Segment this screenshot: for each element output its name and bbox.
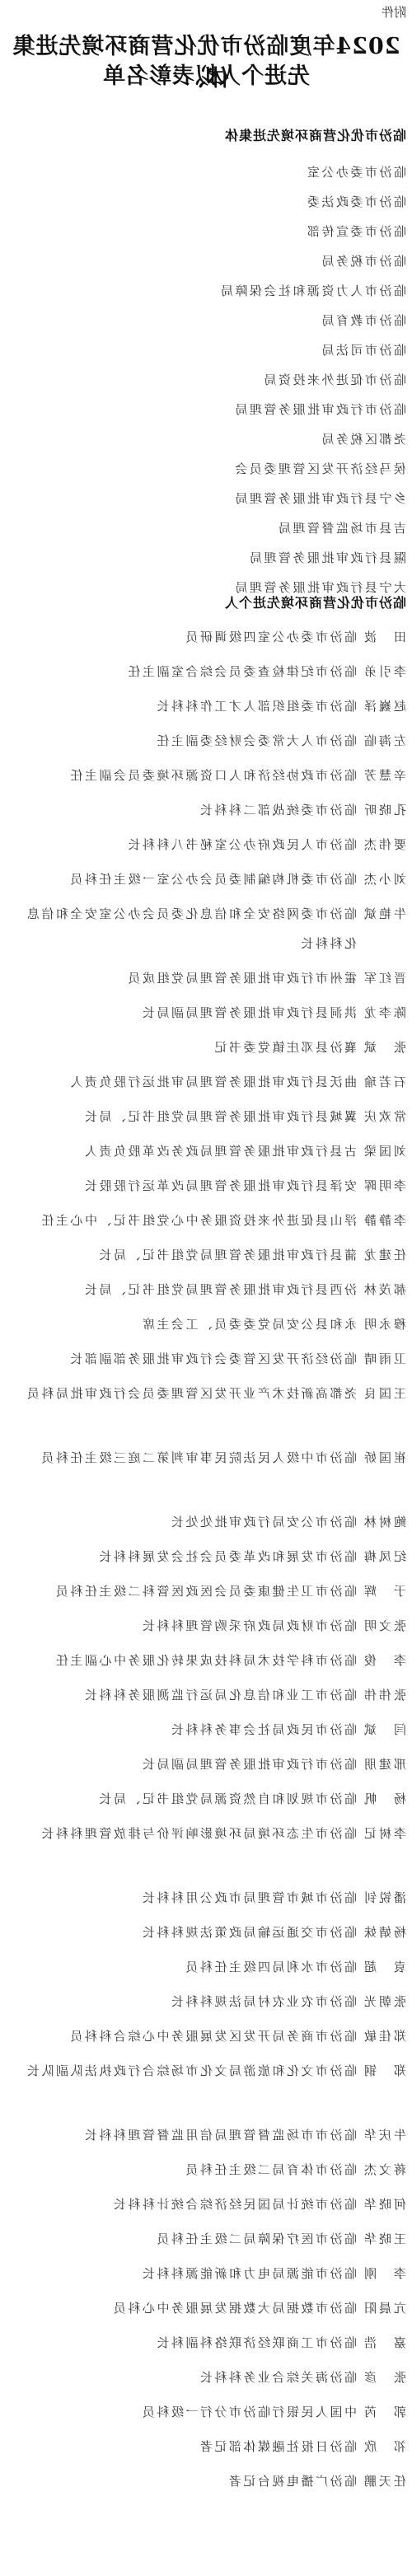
- individual-name: 张伟伟: [357, 1680, 406, 1710]
- individual-item: 崔国娇临汾市中级人民法院民事审判第二庭三级主任科员: [19, 1443, 406, 1473]
- individual-name: 牛艳斌: [357, 899, 406, 929]
- individual-name: 邢建朋: [357, 1749, 406, 1779]
- collective-item: 隰县行政审批服务管理局: [247, 543, 406, 573]
- individual-item: 邢建朋临汾市行政审批服务管理局副局长: [19, 1749, 406, 1779]
- individual-position: 临汾市文化和旅游局文化市场综合行政执法队副队长: [19, 2056, 357, 2086]
- individual-item: 李明晖安泽县行政审批服务管理局改革运行股股长: [19, 1171, 406, 1201]
- individual-position: 蒲县行政审批服务管理局党组书记、局长: [19, 1240, 357, 1270]
- individual-item: 刘国梁古县行政审批服务管理局政务改革股负责人: [19, 1136, 406, 1166]
- individual-name: 卫雨晴: [357, 1344, 406, 1374]
- individual-name: 郭 芮: [357, 2397, 406, 2427]
- individual-position: 临汾市民政局社会事务科科长: [19, 1715, 357, 1745]
- individual-item: 袁 超临汾市水利局四级主任科员: [19, 1952, 406, 1982]
- individual-name: 穆永明: [357, 1309, 406, 1339]
- document-title-line-2: 先进个人拟表彰名单: [0, 58, 412, 90]
- individual-position: 临汾市工商联经济联络科副科长: [19, 2328, 357, 2358]
- individual-position: 临汾市人民政府办公室秘书八科科长: [19, 830, 357, 859]
- individual-item: 张伟伟临汾市工业和信息化局运行监测服务科科长: [19, 1680, 406, 1710]
- document-page: 附件 2024年度临汾市优化营商环境先进集体、 先进个人拟表彰名单 临汾市优化营…: [0, 0, 412, 2576]
- individual-name: 蒋文杰: [357, 2155, 406, 2185]
- individual-name: 李树记: [357, 1819, 406, 1848]
- individual-position: 临汾市人大常委会财经委副主任: [19, 726, 357, 756]
- individual-name: 嘉 浩: [357, 2328, 406, 2358]
- individual-position: 临汾市规划和自然资源局党组书记、局长: [19, 1784, 357, 1814]
- individual-position: 洪洞县行政审批服务管理局副局长: [19, 998, 357, 1028]
- individual-item: 蒋文杰临汾市体育局二级主任科员: [19, 2155, 406, 2185]
- individual-position: 临汾市卫生健康委员会医政医管科二级主任科员: [19, 1576, 357, 1606]
- individual-name: 张 斌: [357, 1033, 406, 1062]
- individual-position: 汾西县行政审批服务管理局党组书记、局长: [19, 1275, 357, 1304]
- individual-position: 临汾市交通运输局政策法规科科长: [19, 1918, 357, 1947]
- individual-position: 翼城县行政审批服务管理局党组书记、局长: [19, 1102, 357, 1131]
- individual-item: 刘小杰临汾市委机构编制委员会办公室一级主任科员: [19, 864, 406, 894]
- individual-position: 临汾市委组织部人才工作科科长: [19, 691, 357, 721]
- individual-name: 鲍树林: [357, 1507, 406, 1537]
- individual-item: 牛艳斌临汾市委网络安全和信息化委员会办公室安全和信息化科科长: [19, 899, 406, 958]
- individual-item: 李静静浮山县促进外来投资服务中心党组书记、中心主任: [19, 1206, 406, 1235]
- individual-name: 王国良: [357, 1379, 406, 1408]
- individual-item: 杨婧妹临汾市交通运输局政策法规科科长: [19, 1918, 406, 1947]
- individual-item: 何晓华临汾市统计局国民经济综合统计科科长: [19, 2190, 406, 2219]
- individual-position: 临汾市委机构编制委员会办公室一级主任科员: [19, 864, 357, 894]
- individual-position: 尧都高新技术产业开发区管理委员会行政审批局科员: [19, 1379, 357, 1408]
- individual-item: 张 斌襄汾县邓庄镇党委书记: [19, 1033, 406, 1062]
- individual-item: 祁 欣临汾日报社融媒体部记者: [19, 2432, 406, 2461]
- individual-name: 牛庆华: [357, 2120, 406, 2150]
- individual-item: 任建龙蒲县行政审批服务管理局党组书记、局长: [19, 1240, 406, 1270]
- collective-item: 临汾市教育局: [320, 306, 406, 335]
- collective-item: 侯马经济开发区管理委员会: [233, 454, 406, 484]
- individual-position: 临汾日报社融媒体部记者: [19, 2432, 357, 2461]
- individual-position: 临汾市医疗保障局二级主任科员: [19, 2224, 357, 2254]
- individual-item: 陈李龙洪洞县行政审批服务管理局副局长: [19, 998, 406, 1028]
- individual-item: 王国良尧都高新技术产业开发区管理委员会行政审批局科员: [19, 1379, 406, 1408]
- individual-item: 杨 帆临汾市规划和自然资源局党组书记、局长: [19, 1784, 406, 1814]
- collective-item: 临汾市委宣传部: [305, 217, 406, 246]
- individual-position: 临汾广播电视台记者: [19, 2466, 357, 2496]
- individual-position: 临汾市城市管理局市政公用科科长: [19, 1883, 357, 1913]
- individual-name: 闫 斌: [357, 1715, 406, 1745]
- individual-position: 曲沃县行政审批服务管理局审批运行股负责人: [19, 1067, 357, 1097]
- individual-name: 袁 超: [357, 1952, 406, 1982]
- individual-item: 郑 钢临汾市文化和旅游局文化市场综合行政执法队副队长: [19, 2056, 406, 2086]
- individual-item: 于 辉临汾市卫生健康委员会医政医管科二级主任科员: [19, 1576, 406, 1606]
- individual-position: 临汾市委办公室四级调研员: [19, 622, 357, 652]
- individual-item: 郝茂林汾西县行政审批服务管理局党组书记、局长: [19, 1275, 406, 1304]
- individual-position: 临汾市水利局四级主任科员: [19, 1952, 357, 1982]
- individual-position: 临汾市行政审批服务管理局副局长: [19, 1749, 357, 1779]
- individuals-heading: 临汾市优化营商环境先进个人: [224, 592, 406, 611]
- individual-name: 李明晖: [357, 1171, 406, 1201]
- individual-item: 任天鹏临汾广播电视台记者: [19, 2466, 406, 2496]
- individual-position: 古县行政审批服务管理局政务改革股负责人: [19, 1136, 357, 1166]
- individual-name: 王晓华: [357, 2224, 406, 2254]
- individual-name: 张朝光: [357, 1987, 406, 2016]
- collective-item: 乡宁县行政审批服务管理局: [233, 484, 406, 513]
- collective-item: 临汾市委办公室: [305, 157, 406, 187]
- individual-item: 李树记临汾市生态环境局环境影响评价与排放管理科科长: [19, 1819, 406, 1848]
- individual-name: 张文明: [357, 1611, 406, 1641]
- individual-position: 临汾市能源局电力和新能源科科长: [19, 2259, 357, 2288]
- individual-item: 潘锐钊临汾市城市管理局市政公用科科长: [19, 1883, 406, 1913]
- individual-name: 杨婧妹: [357, 1918, 406, 1947]
- collective-item: 临汾市税务局: [320, 246, 406, 276]
- collective-item: 吉县市场监督管理局: [276, 513, 406, 543]
- individual-item: 张朝光临汾市农业农村局法规科科长: [19, 1987, 406, 2016]
- individual-name: 左海临: [357, 726, 406, 756]
- individual-position: 临汾市统计局国民经济综合统计科科长: [19, 2190, 357, 2219]
- individual-item: 李 俊临汾市科学技术局科技成果转化服务中心副主任: [19, 1646, 406, 1675]
- individual-position: 临汾市财政局政府采购管理科科长: [19, 1611, 357, 1641]
- individual-name: 于 辉: [357, 1576, 406, 1606]
- collectives-heading: 临汾市优化营商环境先进集体: [224, 125, 406, 144]
- individual-name: 辛慧芳: [357, 761, 406, 790]
- individual-name: 张 彦: [357, 2363, 406, 2392]
- individual-name: 孔晓昕: [357, 795, 406, 825]
- individual-name: 陈李龙: [357, 998, 406, 1028]
- individual-position: 临汾市发展和改革委员会社会发展科科长: [19, 1542, 357, 1571]
- individual-item: 左海临临汾市人大常委会财经委副主任: [19, 726, 406, 756]
- individual-position: 临汾市体育局二级主任科员: [19, 2155, 357, 2185]
- individual-item: 孔晓昕临汾市委统战部二科科长: [19, 795, 406, 825]
- individual-item: 王晓华临汾市医疗保障局二级主任科员: [19, 2224, 406, 2254]
- attachment-label: 附件: [382, 3, 406, 21]
- individual-name: 亢晨阳: [357, 2293, 406, 2323]
- individual-name: 潘锐钊: [357, 1883, 406, 1913]
- individual-name: 李引弟: [357, 657, 406, 686]
- individual-position: 中国人民银行临汾市分行一级科员: [19, 2397, 357, 2427]
- individual-name: 郑 钢: [357, 2056, 406, 2086]
- individual-name: 郑佳敏: [357, 2021, 406, 2051]
- individual-name: 任天鹏: [357, 2466, 406, 2496]
- individual-name: 崔国娇: [357, 1443, 406, 1473]
- individual-name: 李 刚: [357, 2259, 406, 2288]
- individual-name: 石若瑜: [357, 1067, 406, 1097]
- individual-position: 临汾市商务局开发区发展服务中心综合科科员: [19, 2021, 357, 2051]
- individual-item: 亢晨阳临汾市数据局大数据发展服务中心科员: [19, 2293, 406, 2323]
- individual-name: 赵巍泽: [357, 691, 406, 721]
- collective-item: 临汾市司法局: [320, 335, 406, 365]
- individual-position: 浮山县促进外来投资服务中心党组书记、中心主任: [19, 1206, 357, 1235]
- individual-item: 卫雨晴临汾经济开发区管委会行政审批服务部副部长: [19, 1344, 406, 1374]
- individual-position: 临汾市政协经济和人口资源环境委员会副主任: [19, 761, 357, 790]
- individual-position: 临汾市科学技术局科技成果转化服务中心副主任: [19, 1646, 357, 1675]
- individual-name: 李静静: [357, 1206, 406, 1235]
- individual-item: 穆永明永和县公安局党委委员、工会主席: [19, 1309, 406, 1339]
- collective-item: 临汾市行政审批服务管理局: [233, 395, 406, 424]
- individual-name: 刘国梁: [357, 1136, 406, 1166]
- individual-position: 临汾市数据局大数据发展服务中心科员: [19, 2293, 357, 2323]
- individual-name: 要伟杰: [357, 830, 406, 859]
- individual-item: 纪凤梅临汾市发展和改革委员会社会发展科科长: [19, 1542, 406, 1571]
- individual-item: 郑佳敏临汾市商务局开发区发展服务中心综合科科员: [19, 2021, 406, 2051]
- collective-item: 尧都区税务局: [320, 424, 406, 454]
- individual-name: 刘小杰: [357, 864, 406, 894]
- individual-item: 张文明临汾市财政局政府采购管理科科长: [19, 1611, 406, 1641]
- individual-item: 牛庆华临汾市市场监督管理局信用监督管理科科长: [19, 2120, 406, 2150]
- individual-name: 常欢庆: [357, 1102, 406, 1131]
- individual-position: 永和县公安局党委委员、工会主席: [19, 1309, 357, 1339]
- individual-item: 张 彦临汾海关综合业务科科长: [19, 2363, 406, 2392]
- individual-position: 临汾市农业农村局法规科科长: [19, 1987, 357, 2016]
- individual-position: 临汾市纪律检查委员会综合室副主任: [19, 657, 357, 686]
- individual-position: 临汾市委网络安全和信息化委员会办公室安全和信息化科科长: [19, 899, 357, 958]
- individual-item: 赵巍泽临汾市委组织部人才工作科科长: [19, 691, 406, 721]
- individual-position: 临汾经济开发区管委会行政审批服务部副部长: [19, 1344, 357, 1374]
- individual-item: 常欢庆翼城县行政审批服务管理局党组书记、局长: [19, 1102, 406, 1131]
- individual-position: 霍州市行政审批服务管理局党组成员: [19, 963, 357, 993]
- individual-position: 临汾市公安局行政审批处处长: [19, 1507, 357, 1537]
- individual-name: 祁 欣: [357, 2432, 406, 2461]
- individual-name: 纪凤梅: [357, 1542, 406, 1571]
- individual-position: 临汾海关综合业务科科长: [19, 2363, 357, 2392]
- individual-item: 晋红军霍州市行政审批服务管理局党组成员: [19, 963, 406, 993]
- individual-position: 临汾市中级人民法院民事审判第二庭三级主任科员: [19, 1443, 357, 1473]
- individual-item: 田 波临汾市委办公室四级调研员: [19, 622, 406, 652]
- individual-name: 郝茂林: [357, 1275, 406, 1304]
- individual-item: 要伟杰临汾市人民政府办公室秘书八科科长: [19, 830, 406, 859]
- collective-item: 临汾市委政法委: [305, 187, 406, 217]
- collective-item: 临汾市促进外来投资局: [262, 365, 406, 395]
- individual-name: 晋红军: [357, 963, 406, 993]
- individual-position: 临汾市委统战部二科科长: [19, 795, 357, 825]
- individual-item: 郭 芮中国人民银行临汾市分行一级科员: [19, 2397, 406, 2427]
- individual-item: 辛慧芳临汾市政协经济和人口资源环境委员会副主任: [19, 761, 406, 790]
- individual-item: 闫 斌临汾市民政局社会事务科科长: [19, 1715, 406, 1745]
- individual-position: 临汾市生态环境局环境影响评价与排放管理科科长: [19, 1819, 357, 1848]
- individual-item: 李引弟临汾市纪律检查委员会综合室副主任: [19, 657, 406, 686]
- individual-position: 襄汾县邓庄镇党委书记: [19, 1033, 357, 1062]
- individual-name: 田 波: [357, 622, 406, 652]
- individual-position: 临汾市工业和信息化局运行监测服务科科长: [19, 1680, 357, 1710]
- individual-name: 何晓华: [357, 2190, 406, 2219]
- individual-item: 石若瑜曲沃县行政审批服务管理局审批运行股负责人: [19, 1067, 406, 1097]
- individual-item: 鲍树林临汾市公安局行政审批处处长: [19, 1507, 406, 1537]
- collective-item: 临汾市人力资源和社会保障局: [218, 276, 406, 306]
- individual-position: 临汾市市场监督管理局信用监督管理科科长: [19, 2120, 357, 2150]
- individual-name: 杨 帆: [357, 1784, 406, 1814]
- individual-position: 安泽县行政审批服务管理局改革运行股股长: [19, 1171, 357, 1201]
- individual-name: 李 俊: [357, 1646, 406, 1675]
- individual-item: 嘉 浩临汾市工商联经济联络科副科长: [19, 2328, 406, 2358]
- individual-item: 李 刚临汾市能源局电力和新能源科科长: [19, 2259, 406, 2288]
- individual-name: 任建龙: [357, 1240, 406, 1270]
